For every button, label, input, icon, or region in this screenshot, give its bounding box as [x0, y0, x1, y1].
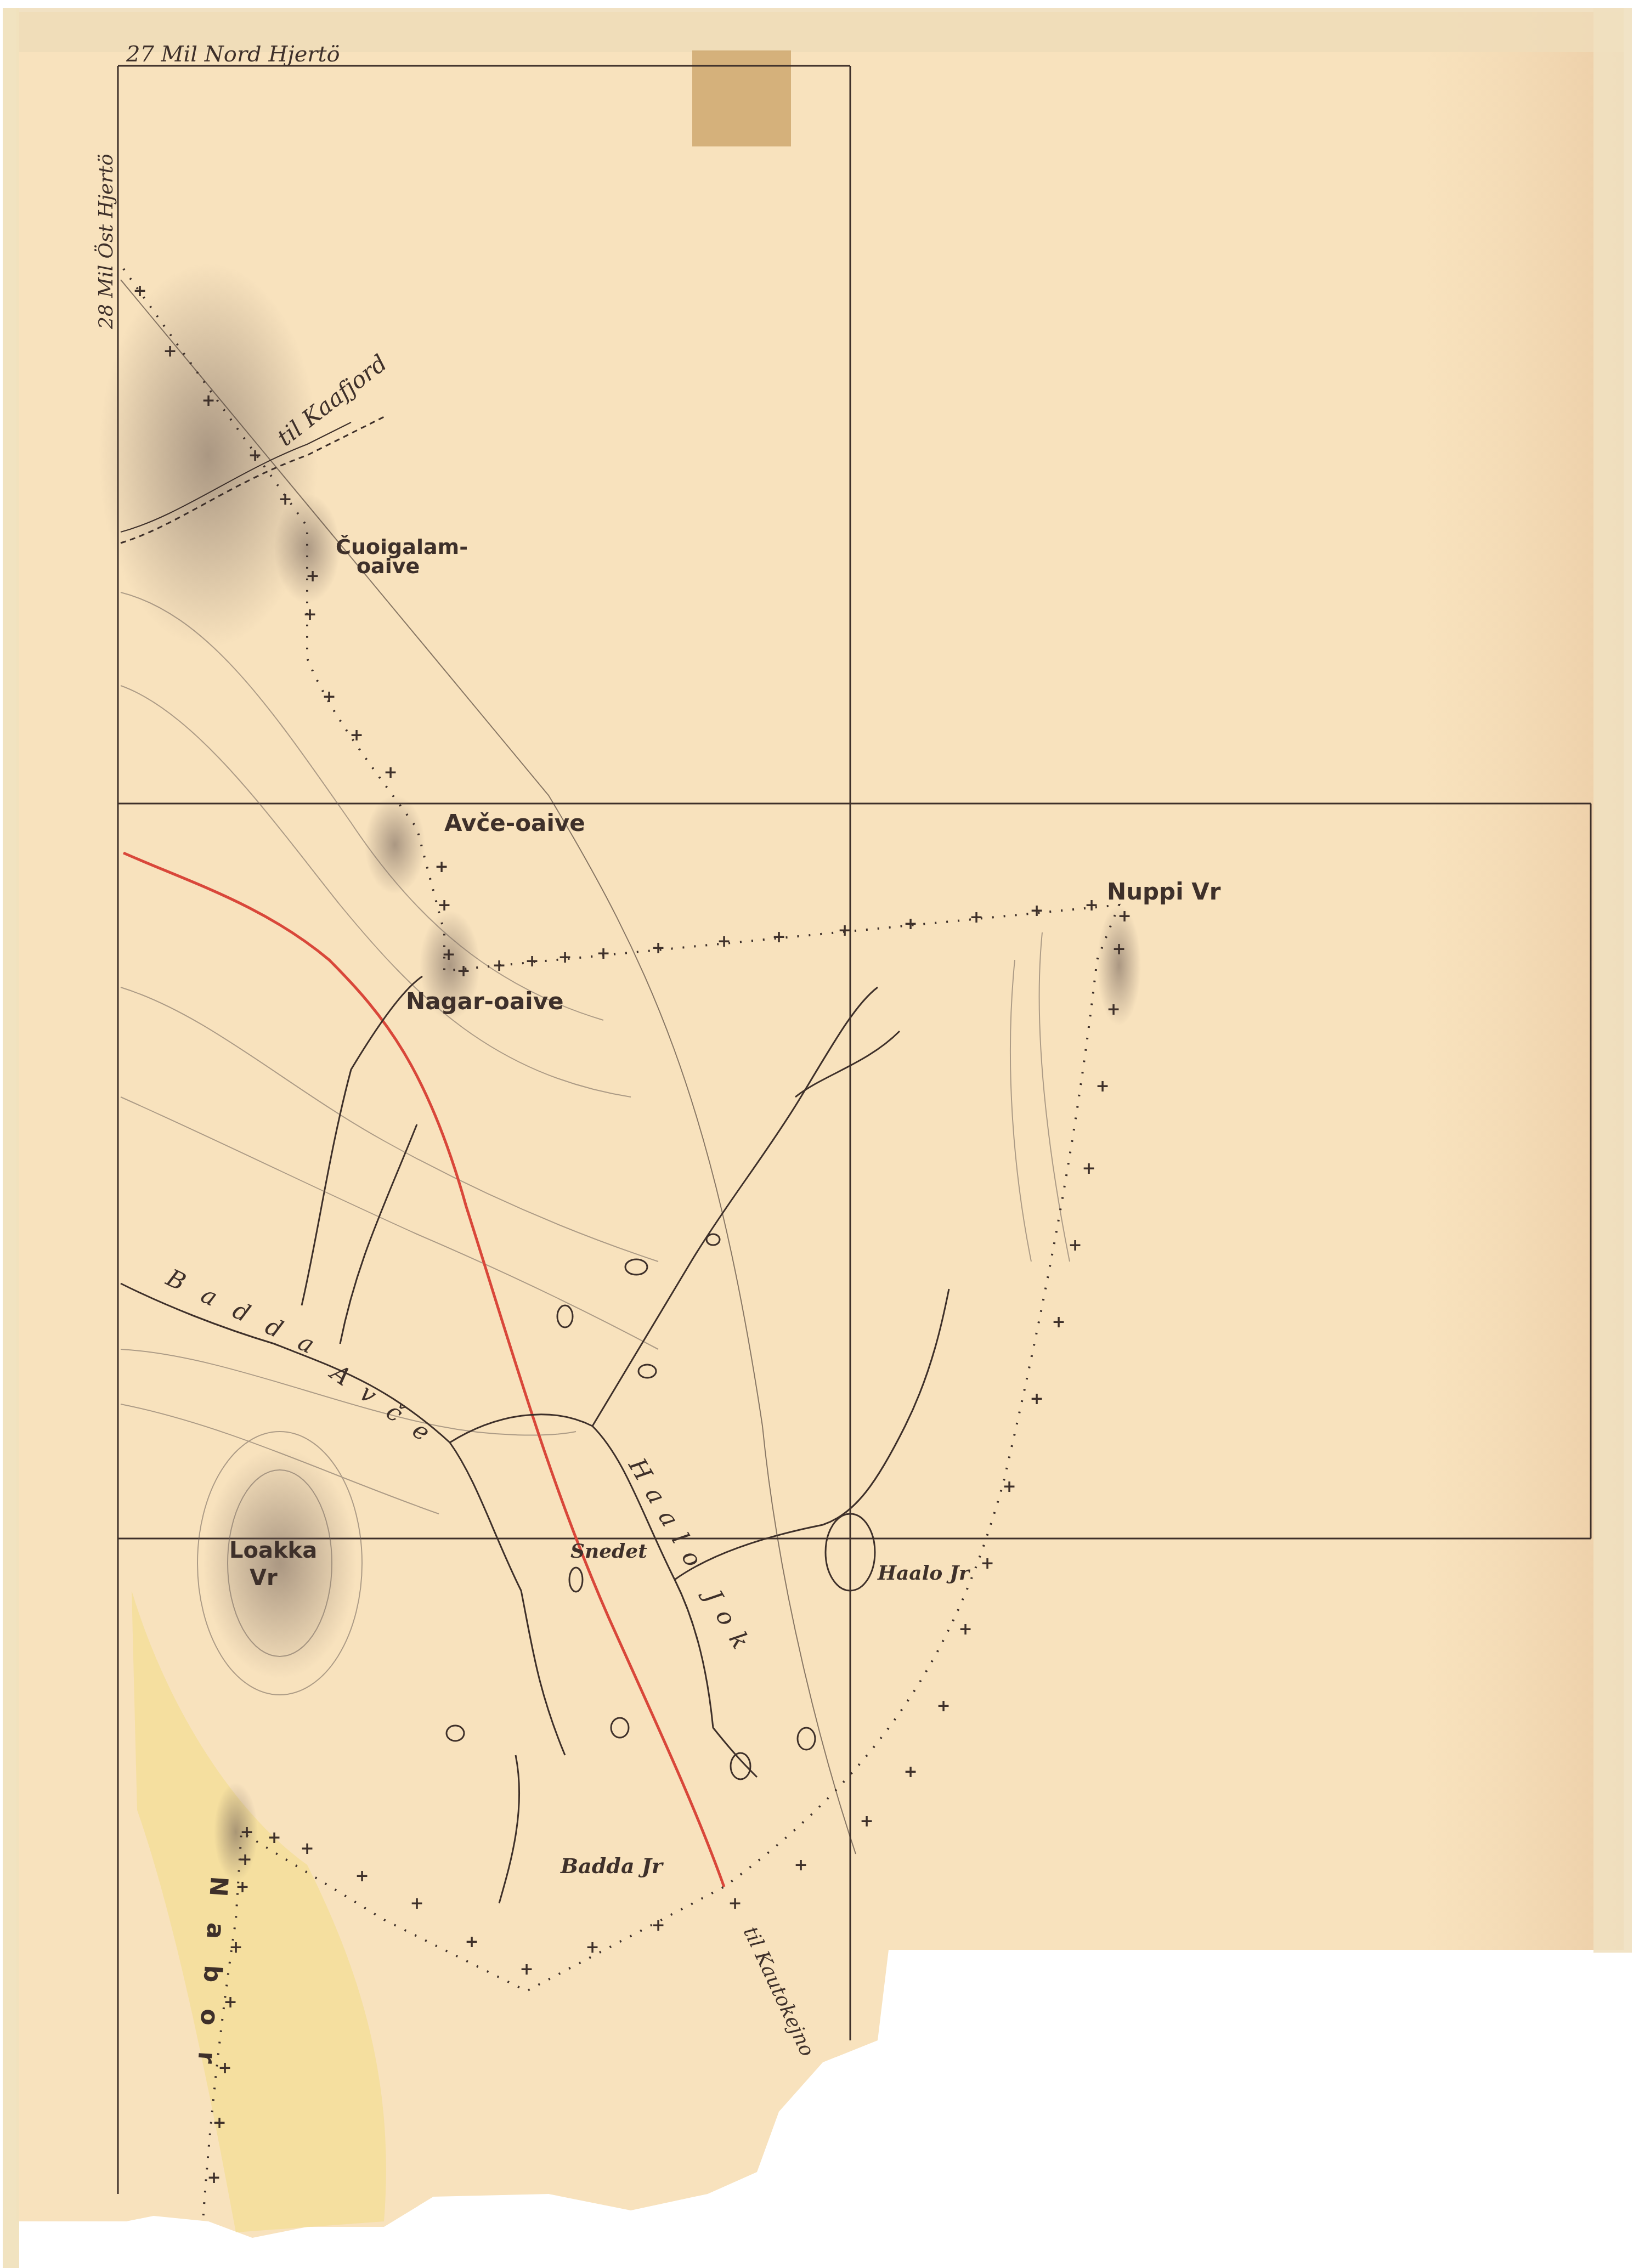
svg-text:+: +: [248, 446, 262, 465]
svg-text:+: +: [936, 1696, 950, 1716]
place-label-snedet: Snedet: [570, 1540, 647, 1563]
svg-text:+: +: [235, 1877, 249, 1897]
svg-text:+: +: [201, 391, 215, 410]
svg-text:+: +: [434, 857, 448, 876]
svg-text:+: +: [349, 726, 363, 745]
svg-text:+: +: [980, 1554, 994, 1573]
svg-text:+: +: [267, 1828, 281, 1847]
svg-text:+: +: [728, 1894, 742, 1913]
svg-text:+: +: [465, 1932, 478, 1952]
svg-text:+: +: [240, 1823, 253, 1842]
svg-text:+: +: [903, 914, 917, 934]
svg-text:+: +: [300, 1839, 314, 1858]
svg-text:+: +: [238, 1850, 252, 1869]
svg-text:+: +: [969, 908, 983, 927]
place-label-badda-lake: Badda Jr: [560, 1853, 664, 1878]
tape-left: [3, 8, 19, 2268]
svg-text:+: +: [1082, 1159, 1095, 1178]
svg-text:+: +: [383, 763, 397, 782]
svg-text:+: +: [1106, 1000, 1120, 1019]
svg-text:+: +: [958, 1620, 972, 1639]
svg-text:+: +: [860, 1812, 873, 1831]
svg-text:+: +: [794, 1856, 807, 1875]
svg-text:+: +: [322, 687, 336, 706]
svg-text:+: +: [1084, 896, 1098, 915]
svg-text:+: +: [1112, 940, 1126, 959]
svg-text:+: +: [229, 1938, 242, 1957]
svg-text:+: +: [596, 944, 610, 963]
place-label-loakka-1: Loakka: [229, 1538, 317, 1563]
svg-text:+: +: [1030, 901, 1043, 920]
svg-text:+: +: [1117, 907, 1131, 926]
svg-text:+: +: [585, 1938, 599, 1957]
place-label-avce: Avče-oaive: [444, 810, 585, 836]
svg-text:+: +: [437, 896, 451, 915]
place-label-nuppi: Nuppi Vr: [1107, 878, 1221, 905]
place-label-haalo-lake: Haalo Jr: [877, 1562, 971, 1585]
svg-text:+: +: [306, 567, 319, 586]
svg-text:+: +: [303, 605, 317, 624]
tape-piece-top: [692, 50, 791, 146]
svg-text:+: +: [525, 952, 539, 971]
margin-label-top: 27 Mil Nord Hjertö: [126, 42, 340, 67]
svg-text:+: +: [163, 342, 177, 361]
svg-text:+: +: [903, 1762, 917, 1781]
svg-text:+: +: [651, 938, 665, 958]
map-sheet: +++ +++ +++ +++ +++ +++ +++ +++ +++ +++ …: [0, 0, 1639, 2268]
margin-label-left: 28 Mil Öst Hjertö: [94, 154, 117, 330]
svg-text:+: +: [717, 932, 731, 951]
svg-text:+: +: [1068, 1236, 1082, 1255]
tape-right: [1593, 8, 1632, 1953]
svg-text:+: +: [355, 1867, 369, 1886]
place-label-cuoigalam-2: oaive: [357, 554, 420, 578]
svg-text:+: +: [1052, 1313, 1065, 1332]
svg-text:+: +: [456, 962, 470, 981]
svg-text:+: +: [410, 1894, 423, 1913]
svg-text:+: +: [519, 1960, 533, 1979]
svg-text:+: +: [442, 945, 455, 964]
place-label-loakka-2: Vr: [250, 1565, 278, 1591]
svg-text:+: +: [223, 1993, 237, 2012]
svg-text:+: +: [838, 921, 851, 940]
svg-text:+: +: [651, 1916, 665, 1935]
svg-text:+: +: [1002, 1477, 1016, 1496]
svg-text:+: +: [558, 948, 572, 967]
svg-text:+: +: [278, 490, 292, 509]
svg-text:+: +: [1030, 1389, 1043, 1409]
svg-text:+: +: [1095, 1077, 1109, 1096]
svg-text:+: +: [207, 2168, 221, 2187]
place-label-nagar: Nagar-oaive: [406, 988, 564, 1015]
svg-text:+: +: [772, 927, 785, 947]
svg-text:+: +: [492, 956, 506, 975]
svg-text:+: +: [133, 281, 146, 301]
svg-text:+: +: [212, 2113, 226, 2133]
